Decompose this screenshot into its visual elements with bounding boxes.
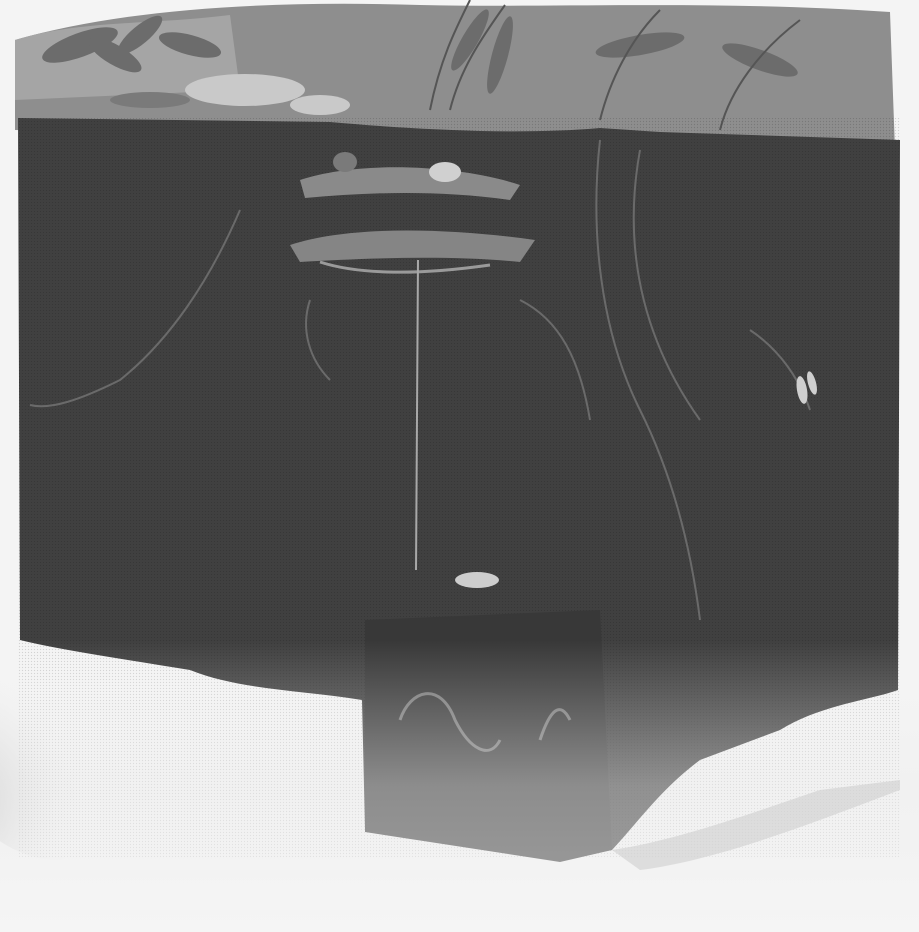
- soil-cross-section-photo: [0, 0, 919, 932]
- fog-overlay: [0, 640, 919, 932]
